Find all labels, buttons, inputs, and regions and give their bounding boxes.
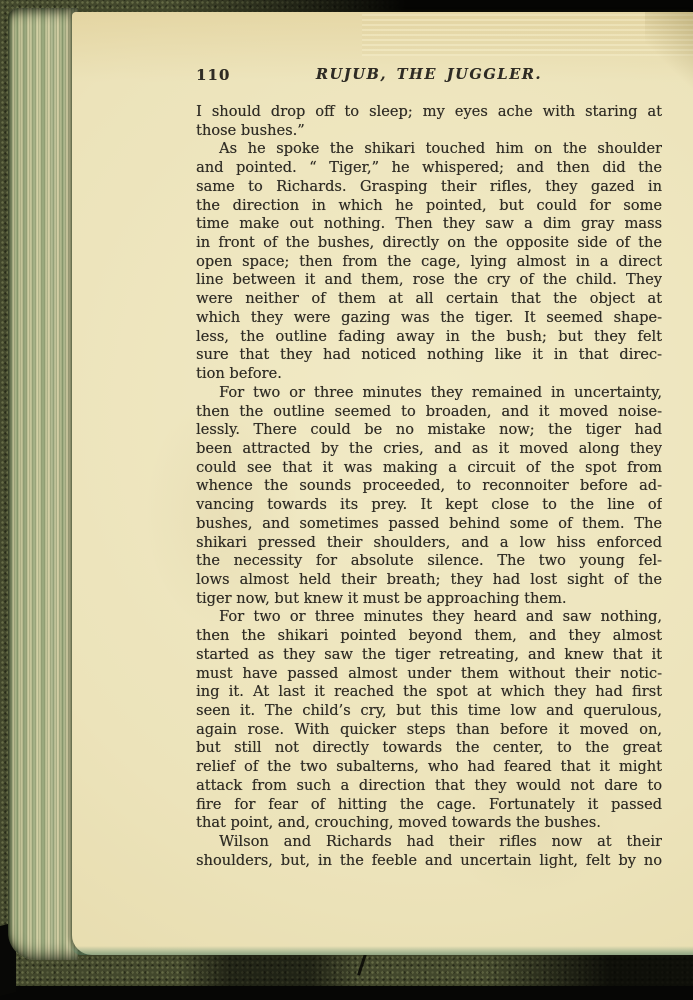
text-line: that point, and, crouching, moved toward…	[196, 814, 662, 833]
text-line: less, the outline fading away in the bus…	[196, 328, 662, 347]
text-line: tiger now, but knew it must be approachi…	[196, 590, 662, 609]
text-line: lows almost held their breath; they had …	[196, 571, 662, 590]
text-line: then the shikari pointed beyond them, an…	[196, 627, 662, 646]
text-line: fire for fear of hitting the cage. Fortu…	[196, 796, 662, 815]
text-line: been attracted by the cries, and as it m…	[196, 440, 662, 459]
text-line: ing it. At last it reached the spot at w…	[196, 683, 662, 702]
book-scan: 110 RUJUB, THE JUGGLER. I should drop of…	[0, 0, 693, 1000]
text-line: but still not directly towards the cente…	[196, 739, 662, 758]
page-fore-edge-stack	[8, 8, 78, 960]
text-line: line between it and them, rose the cry o…	[196, 271, 662, 290]
running-title: RUJUB, THE JUGGLER.	[196, 66, 662, 83]
text-line: in front of the bushes, directly on the …	[196, 234, 662, 253]
paragraph: I should drop off to sleep; my eyes ache…	[196, 103, 662, 140]
text-line: For two or three minutes they remained i…	[196, 384, 662, 403]
text-line: whence the sounds proceeded, to reconnoi…	[196, 477, 662, 496]
text-line: shoulders, but, in the feeble and uncert…	[196, 852, 662, 871]
paragraph: Wilson and Richards had their rifles now…	[196, 833, 662, 870]
text-line: For two or three minutes they heard and …	[196, 608, 662, 627]
text-line: tion before.	[196, 365, 662, 384]
page-top-edge-streaks	[362, 14, 693, 56]
paragraph: For two or three minutes they remained i…	[196, 384, 662, 609]
text-line: time make out nothing. Then they saw a d…	[196, 215, 662, 234]
text-line: and pointed. “ Tiger,” he whispered; and…	[196, 159, 662, 178]
text-line: the necessity for absolute silence. The …	[196, 552, 662, 571]
text-line: vancing towards its prey. It kept close …	[196, 496, 662, 515]
text-line: same to Richards. Grasping their rifles,…	[196, 178, 662, 197]
page-bottom-edge	[72, 946, 693, 955]
text-line: were neither of them at all certain that…	[196, 290, 662, 309]
text-line: must have passed almost under them witho…	[196, 665, 662, 684]
text-line: started as they saw the tiger retreating…	[196, 646, 662, 665]
paragraph: As he spoke the shikari touched him on t…	[196, 140, 662, 383]
text-line: attack from such a direction that they w…	[196, 777, 662, 796]
text-line: lessly. There could be no mistake now; t…	[196, 421, 662, 440]
text-line: could see that it was making a circuit o…	[196, 459, 662, 478]
text-line: I should drop off to sleep; my eyes ache…	[196, 103, 662, 122]
text-line: again rose. With quicker steps than befo…	[196, 721, 662, 740]
text-line: sure that they had noticed nothing like …	[196, 346, 662, 365]
book-page: 110 RUJUB, THE JUGGLER. I should drop of…	[72, 12, 693, 955]
running-header: 110 RUJUB, THE JUGGLER.	[196, 66, 662, 88]
text-line: shikari pressed their shoulders, and a l…	[196, 534, 662, 553]
text-line: Wilson and Richards had their rifles now…	[196, 833, 662, 852]
text-line: those bushes.”	[196, 122, 662, 141]
text-line: bushes, and sometimes passed behind some…	[196, 515, 662, 534]
text-line: open space; then from the cage, lying al…	[196, 253, 662, 272]
text-line: As he spoke the shikari touched him on t…	[196, 140, 662, 159]
photo-background	[0, 986, 693, 1000]
page-text: I should drop off to sleep; my eyes ache…	[196, 103, 662, 870]
text-line: seen it. The child’s cry, but this time …	[196, 702, 662, 721]
text-line: which they were gazing was the tiger. It…	[196, 309, 662, 328]
text-line: the direction in which he pointed, but c…	[196, 197, 662, 216]
text-line: relief of the two subalterns, who had fe…	[196, 758, 662, 777]
paragraph: For two or three minutes they heard and …	[196, 608, 662, 833]
text-line: then the outline seemed to broaden, and …	[196, 403, 662, 422]
